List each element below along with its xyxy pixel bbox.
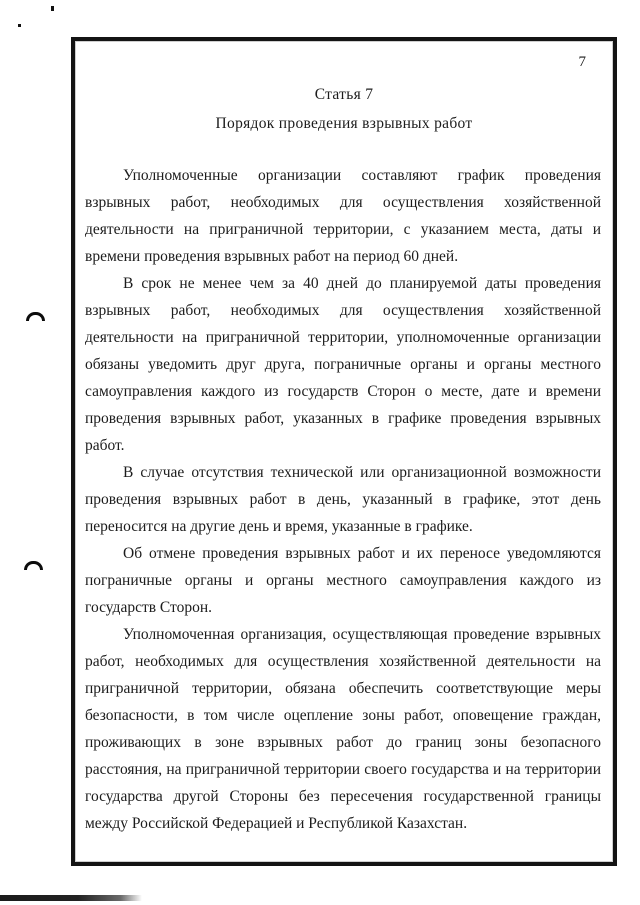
document-frame: 7 Статья 7 Порядок проведения взрывных р… <box>71 37 617 866</box>
page-number: 7 <box>579 54 587 71</box>
scan-speck-icon <box>18 24 21 27</box>
scan-edge-bar <box>0 895 142 901</box>
paragraph: Уполномоченная организация, осуществляющ… <box>85 621 601 837</box>
paragraph: Об отмене проведения взрывных работ и их… <box>85 540 601 621</box>
scan-mark-arc-icon <box>26 312 45 321</box>
scan-mark-arc-icon <box>24 561 43 570</box>
paragraph: В срок не менее чем за 40 дней до планир… <box>85 270 601 459</box>
paragraph: В случае отсутствия технической или орга… <box>85 459 601 540</box>
scan-speck-icon <box>51 6 54 11</box>
scanned-page: 7 Статья 7 Порядок проведения взрывных р… <box>0 0 640 905</box>
paragraph: Уполномоченные организации составляют гр… <box>85 162 601 270</box>
article-body: Уполномоченные организации составляют гр… <box>75 162 613 837</box>
article-title: Статья 7 <box>75 86 613 104</box>
article-subtitle: Порядок проведения взрывных работ <box>75 115 613 133</box>
